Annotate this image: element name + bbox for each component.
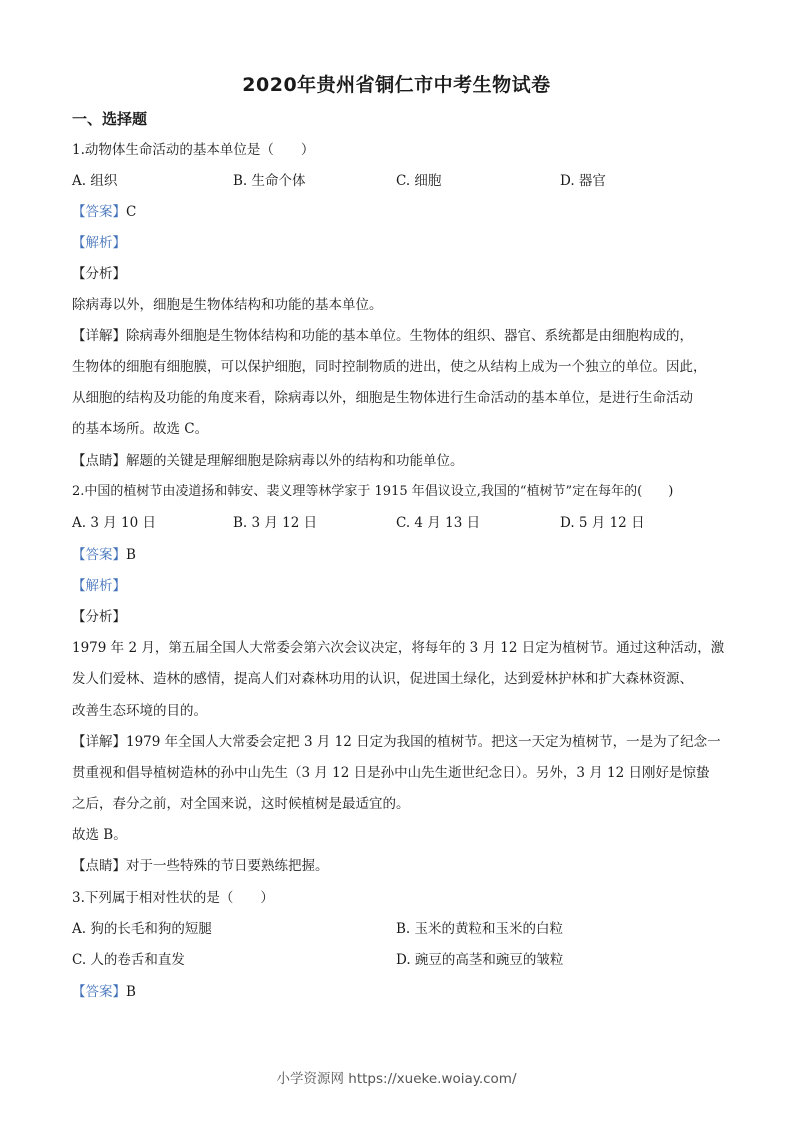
answer-value: B	[126, 547, 136, 563]
q2-option-b: B. 3 月 12 日	[233, 514, 317, 532]
answer-label: 【答案】	[72, 547, 126, 563]
q1-detail-line-2: 生物体的细胞有细胞膜，可以保护细胞，同时控制物质的进出，使之从结构上成为一个独立…	[72, 358, 707, 376]
question-2-stem: 2.中国的植树节由凌道扬和韩安、裴义理等林学家于 1915 年倡议设立,我国的“…	[72, 483, 673, 501]
q2-detail-line-3: 之后，春分之前，对全国来说，这时候植树是最适宜的。	[72, 795, 410, 813]
q2-detail-line-1: 【详解】1979 年全国人大常委会定把 3 月 12 日定为我国的植树节。把这一…	[72, 733, 721, 751]
section-heading: 一、选择题	[72, 110, 147, 128]
q1-option-c: C. 细胞	[396, 172, 441, 190]
q1-fenxi-text: 除病毒以外，细胞是生物体结构和功能的基本单位。	[72, 296, 383, 314]
q1-detail-line-4: 的基本场所。故选 C。	[72, 420, 208, 438]
q2-analysis-label: 【解析】	[72, 577, 126, 595]
detail-text: 除病毒外细胞是生物体结构和功能的基本单位。生物体的组织、器官、系统都是由细胞构成…	[126, 328, 693, 344]
detail-label: 【详解】	[72, 328, 126, 344]
q1-option-b: B. 生命个体	[233, 172, 306, 190]
q2-answer: 【答案】B	[72, 546, 136, 564]
q3-option-a: A. 狗的长毛和狗的短腿	[72, 920, 212, 938]
q1-fenxi-label: 【分析】	[72, 265, 126, 283]
question-1-stem: 1.动物体生命活动的基本单位是（ ）	[72, 141, 314, 159]
q2-option-c: C. 4 月 13 日	[396, 514, 480, 532]
q2-fenxi-line-3: 改善生态环境的目的。	[72, 702, 207, 720]
answer-value: C	[126, 204, 136, 220]
q3-option-b: B. 玉米的黄粒和玉米的白粒	[396, 920, 563, 938]
answer-label: 【答案】	[72, 984, 126, 1000]
detail-text: 1979 年全国人大常委会定把 3 月 12 日定为我国的植树节。把这一天定为植…	[126, 734, 721, 750]
q1-option-a: A. 组织	[72, 172, 117, 190]
answer-label: 【答案】	[72, 204, 126, 220]
q3-answer: 【答案】B	[72, 983, 136, 1001]
q1-dianjing: 【点睛】解题的关键是理解细胞是除病毒以外的结构和功能单位。	[72, 452, 464, 470]
q1-detail-line-1: 【详解】除病毒外细胞是生物体结构和功能的基本单位。生物体的组织、器官、系统都是由…	[72, 327, 693, 345]
q2-fenxi-label: 【分析】	[72, 608, 126, 626]
exam-page: 2020年贵州省铜仁市中考生物试卷 一、选择题 1.动物体生命活动的基本单位是（…	[0, 0, 793, 1122]
q2-option-a: A. 3 月 10 日	[72, 514, 156, 532]
dianjing-text: 解题的关键是理解细胞是除病毒以外的结构和功能单位。	[126, 453, 464, 469]
q3-option-d: D. 豌豆的高茎和豌豆的皱粒	[396, 951, 563, 969]
q1-analysis-label: 【解析】	[72, 234, 126, 252]
q3-option-c: C. 人的卷舌和直发	[72, 951, 185, 969]
page-title: 2020年贵州省铜仁市中考生物试卷	[0, 70, 793, 97]
dianjing-label: 【点睛】	[72, 858, 126, 874]
q1-option-d: D. 器官	[560, 172, 606, 190]
question-3-stem: 3.下列属于相对性状的是（ ）	[72, 889, 274, 907]
dianjing-label: 【点睛】	[72, 453, 126, 469]
q2-option-d: D. 5 月 12 日	[560, 514, 645, 532]
q2-fenxi-line-1: 1979 年 2 月，第五届全国人大常委会第六次会议决定，将每年的 3 月 12…	[72, 639, 724, 657]
q2-detail-line-2: 贯重视和倡导植树造林的孙中山先生（3 月 12 日是孙中山先生逝世纪念日）。另外…	[72, 764, 710, 782]
q2-dianjing: 【点睛】对于一些特殊的节日要熟练把握。	[72, 857, 329, 875]
q1-detail-line-3: 从细胞的结构及功能的角度来看，除病毒以外，细胞是生物体进行生命活动的基本单位，是…	[72, 389, 693, 407]
q2-fenxi-line-2: 发人们爱林、造林的感情，提高人们对森林功用的认识，促进国土绿化，达到爱林护林和扩…	[72, 670, 693, 688]
footer-watermark: 小学资源网 https://xueke.woiay.com/	[0, 1067, 793, 1087]
detail-label: 【详解】	[72, 734, 126, 750]
q1-answer: 【答案】C	[72, 203, 136, 221]
q2-conclusion: 故选 B。	[72, 826, 127, 844]
answer-value: B	[126, 984, 136, 1000]
dianjing-text: 对于一些特殊的节日要熟练把握。	[126, 858, 329, 874]
